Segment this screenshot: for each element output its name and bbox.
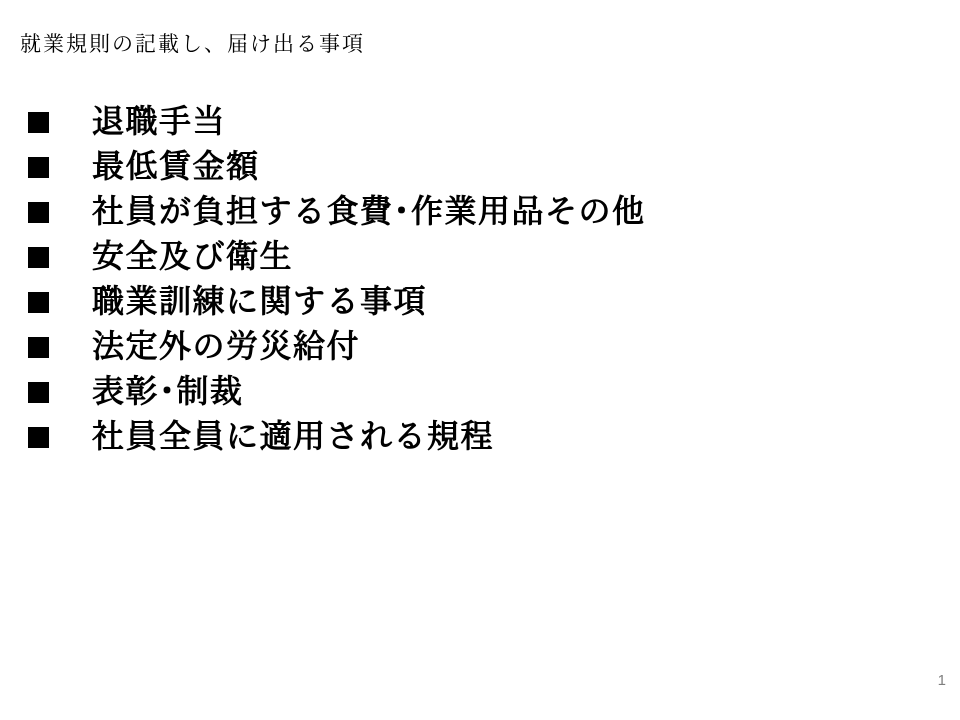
square-bullet-icon <box>28 427 49 448</box>
list-item-text: 社員が負担する食費･作業用品その他 <box>92 189 646 234</box>
square-bullet-icon <box>28 292 49 313</box>
square-bullet-icon <box>28 337 49 358</box>
list-item: 法定外の労災給付 <box>28 324 646 369</box>
list-item-text: 職業訓練に関する事項 <box>92 279 427 324</box>
list-item: 最低賃金額 <box>28 144 646 189</box>
list-item: 表彰･制裁 <box>28 369 646 414</box>
list-item-text: 表彰･制裁 <box>92 369 244 414</box>
list-item: 社員が負担する食費･作業用品その他 <box>28 189 646 234</box>
square-bullet-icon <box>28 157 49 178</box>
list-item-text: 退職手当 <box>92 99 226 144</box>
list-item-text: 最低賃金額 <box>92 144 260 189</box>
bullet-list: 退職手当 最低賃金額 社員が負担する食費･作業用品その他 安全及び衛生 職業訓練… <box>28 99 646 459</box>
square-bullet-icon <box>28 112 49 133</box>
page-number: 1 <box>938 672 946 689</box>
slide: 就業規則の記載し、届け出る事項 退職手当 最低賃金額 社員が負担する食費･作業用… <box>0 0 960 720</box>
list-item: 退職手当 <box>28 99 646 144</box>
slide-title: 就業規則の記載し、届け出る事項 <box>20 28 365 58</box>
list-item: 安全及び衛生 <box>28 234 646 279</box>
square-bullet-icon <box>28 202 49 223</box>
list-item-text: 安全及び衛生 <box>92 234 293 279</box>
list-item: 社員全員に適用される規程 <box>28 414 646 459</box>
square-bullet-icon <box>28 247 49 268</box>
list-item-text: 社員全員に適用される規程 <box>92 414 494 459</box>
list-item: 職業訓練に関する事項 <box>28 279 646 324</box>
square-bullet-icon <box>28 382 49 403</box>
list-item-text: 法定外の労災給付 <box>92 324 360 369</box>
